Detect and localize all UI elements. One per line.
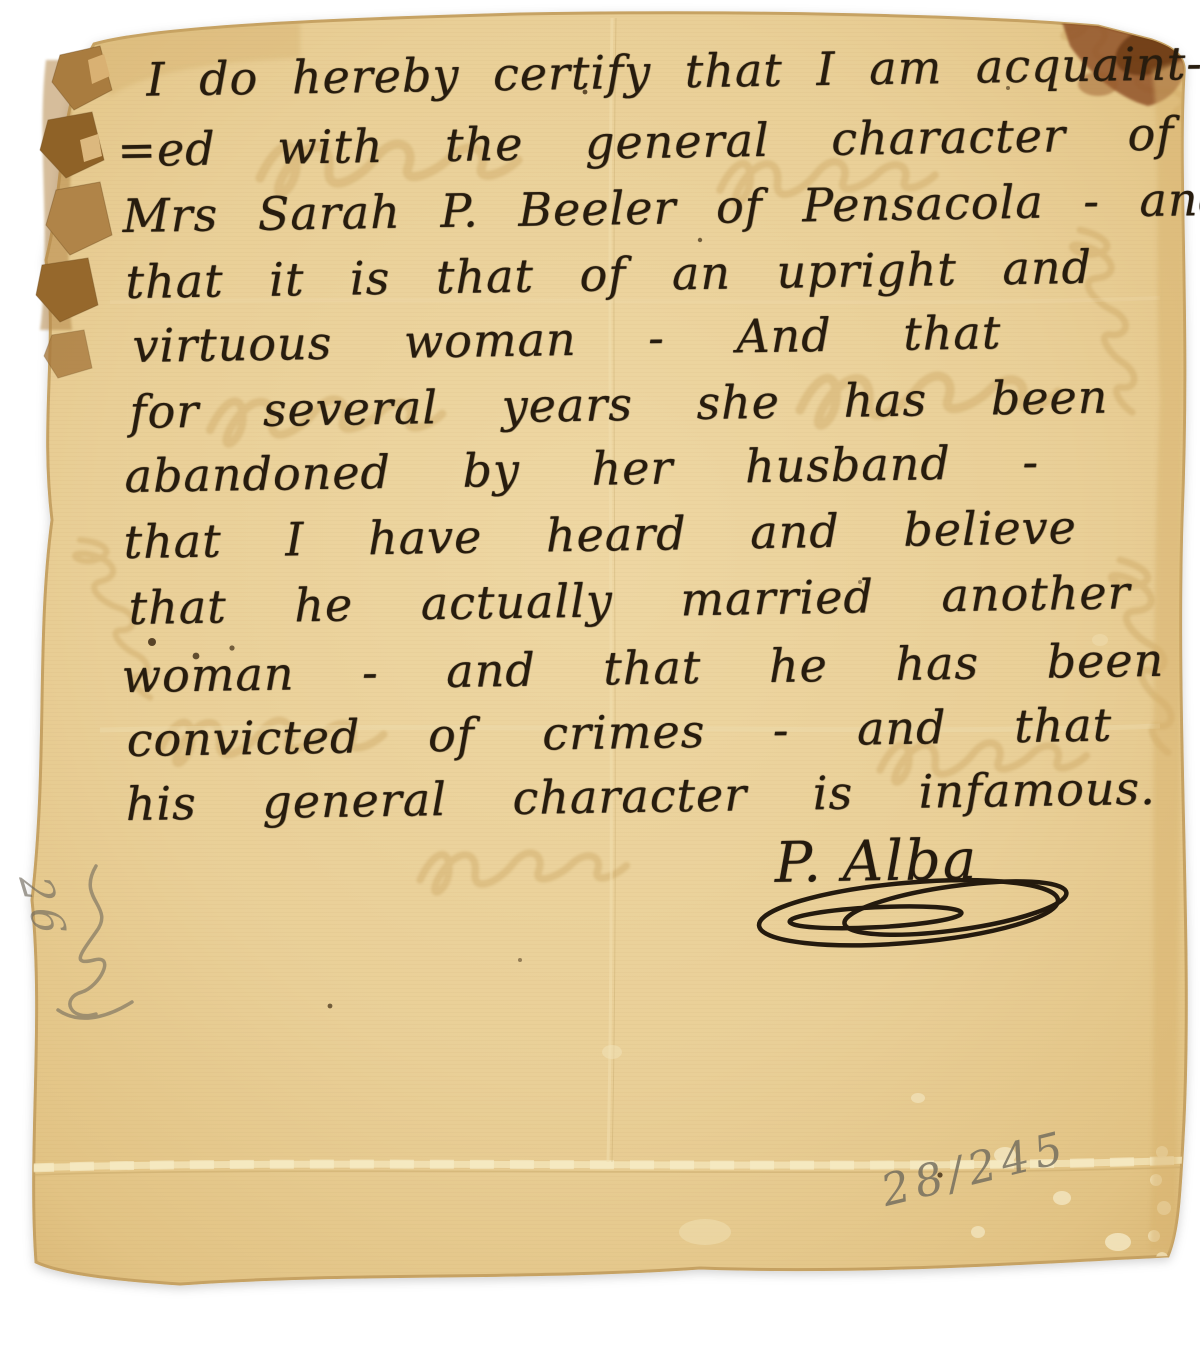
handwritten-line-5: virtuous woman - And that [132,307,1002,371]
margin-pencil-note: 26 [9,874,78,941]
handwritten-line-4: that it is that of an upright and [125,242,1092,308]
photo-background: I do hereby certify that I am acquaint- … [0,0,1200,1356]
handwritten-line-9: that he actually married another [128,567,1131,633]
handwritten-line-2: =ed with the general character of [117,109,1175,176]
handwritten-line-8: that I have heard and believe [123,502,1077,568]
handwritten-line-12: his general character is infamous. [125,763,1156,830]
handwritten-line-7: abandoned by her husband - [124,437,1039,502]
handwritten-line-3: Mrs Sarah P. Beeler of Pensacola - and [122,174,1200,242]
handwritten-line-6: for several years she has been [129,372,1109,438]
handwritten-line-10: woman - and that he has been [121,635,1164,702]
letter-body: I do hereby certify that I am acquaint- … [0,0,1200,1356]
catalog-number: 28/245 [876,1122,1073,1217]
handwritten-line-1: I do hereby certify that I am acquaint- [146,38,1200,105]
signature-flourish [703,862,1085,978]
handwritten-line-11: convicted of crimes - and that [126,700,1112,766]
